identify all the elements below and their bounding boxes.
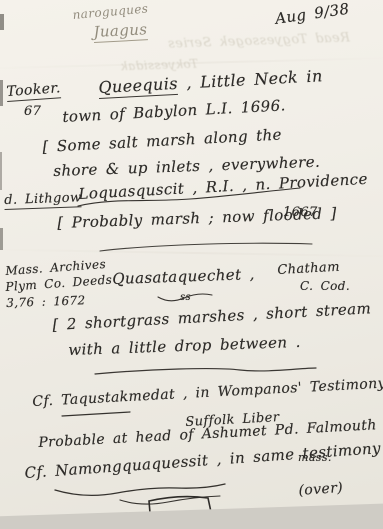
date-annotation: Aug 9/38: [274, 0, 351, 28]
entry3-source-line3: 3,76 : 1672: [6, 293, 86, 310]
sweep-line: [100, 243, 312, 251]
scan-edge-artifact: [0, 80, 3, 106]
entry1-headline-rest: , Little Neck in: [177, 66, 323, 93]
entry1-source-page: 67: [24, 104, 41, 119]
separator-line: [95, 368, 316, 374]
entry3-place-line1: Chatham: [277, 260, 340, 278]
scanned-note-page: naroguques Juagus Aug 9/38 Read Togyesso…: [0, 0, 383, 529]
scribble-box: [149, 497, 211, 513]
entry3-place-name: Quasataquechet ,: [112, 265, 255, 288]
pencil-note-variant: naroguques: [72, 1, 149, 22]
scan-edge-artifact: [0, 228, 3, 250]
entry2-place-name: Loquasquscit: [78, 179, 185, 203]
scan-edge-artifact: [0, 152, 2, 190]
bleedthrough-text: Tokyessidak: [120, 57, 199, 74]
entry1-source: Tooker.: [6, 80, 61, 102]
entry1-line3: [ Some salt marsh along the: [42, 125, 282, 156]
scan-edge-artifact: [0, 14, 4, 30]
underline-namongquaquessit-2: [120, 496, 220, 504]
entry3-note-line1: [ 2 shortgrass marshes , short stream: [52, 299, 372, 334]
paper-sheet: naroguques Juagus Aug 9/38 Read Togyesso…: [0, 0, 383, 529]
paper-crease: [0, 248, 383, 258]
underline-namongquaquessit: [55, 484, 225, 495]
entry4-line1: Cf. Taqustakmedat , in Wompanos' Testimo…: [32, 375, 383, 410]
entry5-over-note: (over): [298, 480, 344, 499]
bleedthrough-text: Read Togyessogek Series: [30, 30, 350, 56]
underline-taqustakmedat: [62, 412, 130, 416]
entry3-correction: ss: [180, 292, 191, 303]
entry2-note: [ Probably marsh ; now flooded ]: [57, 204, 337, 232]
entry3-note-line2: with a little drop between .: [68, 333, 301, 359]
entry2-source: d. Lithgow: [4, 190, 82, 210]
entry1-place-name: Queequis: [98, 74, 178, 99]
entry1-line2: town of Babylon L.I. 1696.: [62, 96, 286, 126]
entry3-place-line2: C. Cod.: [300, 279, 350, 293]
